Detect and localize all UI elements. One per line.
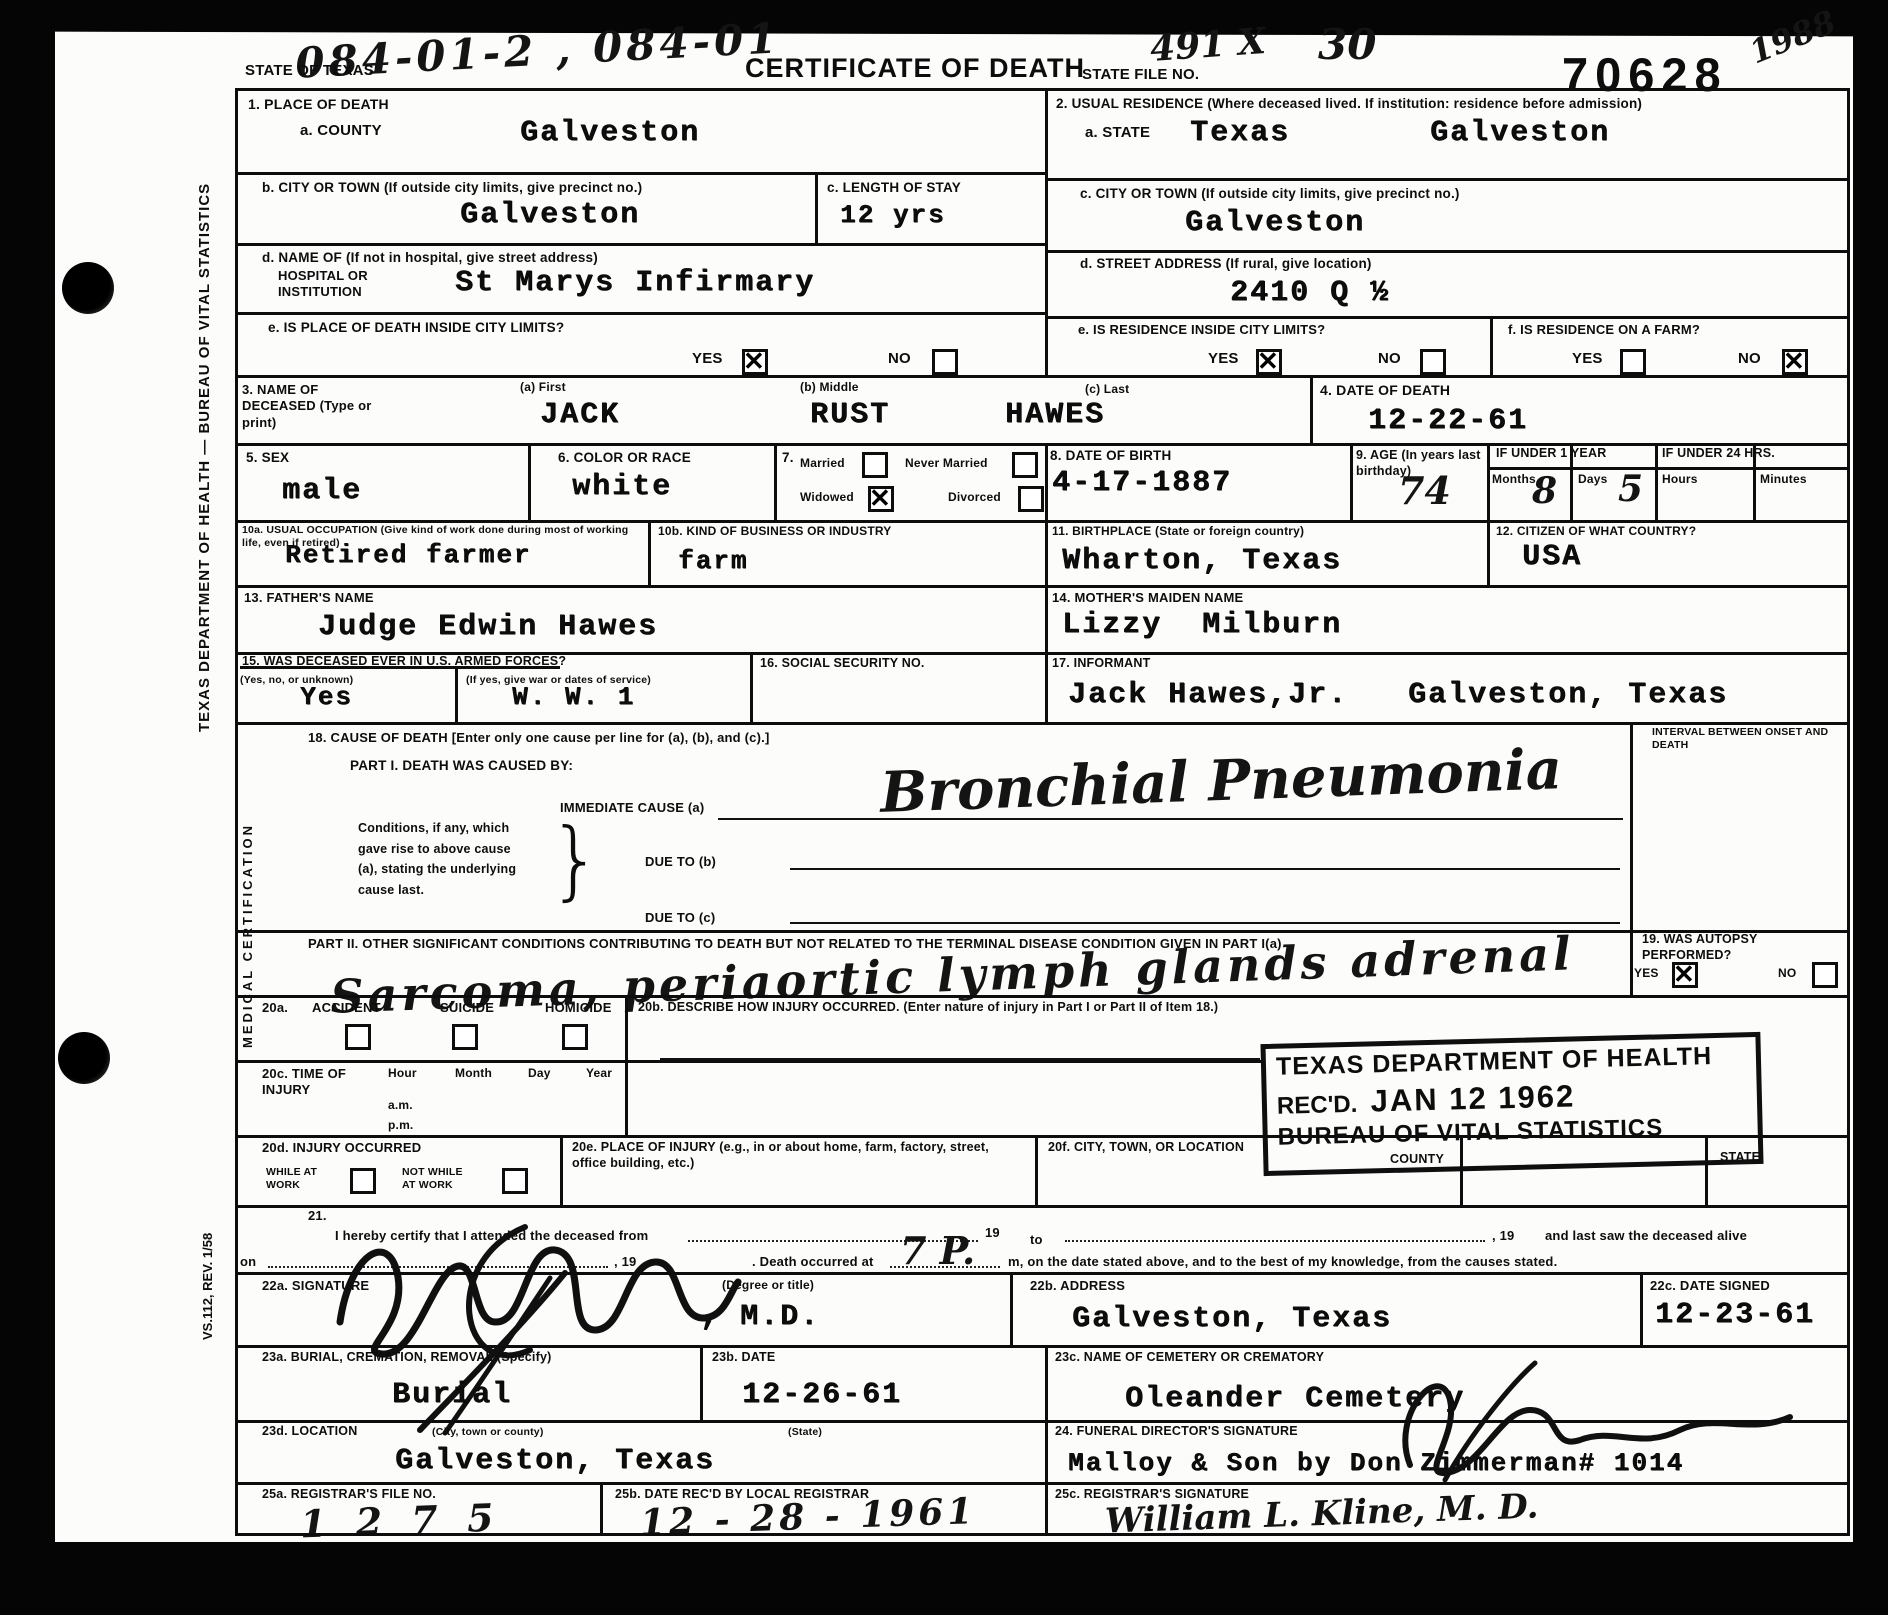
grid-line	[235, 1060, 1265, 1063]
grid-line	[1753, 443, 1756, 520]
while-at-work-label: WHILE AT WORK	[266, 1166, 330, 1192]
age-value: 74	[1398, 468, 1451, 513]
registrar-file-no-value: 1 2 7 5	[299, 1494, 502, 1546]
part1-label: PART I. DEATH WAS CAUSED BY:	[350, 758, 573, 775]
residence-state-label: a. STATE	[1085, 124, 1150, 143]
minutes-label: Minutes	[1760, 472, 1807, 487]
armed-forces-service: W. W. 1	[512, 682, 635, 712]
not-while-at-work-label: NOT WHILE AT WORK	[402, 1166, 472, 1192]
street-address-label: d. STREET ADDRESS (If rural, give locati…	[1080, 256, 1372, 273]
last-name-value: HAWES	[1005, 398, 1105, 432]
hw-file-annotation-2: 30	[1318, 20, 1376, 69]
not-while-at-work-checkbox	[502, 1168, 528, 1194]
informant-label: 17. INFORMANT	[1052, 656, 1150, 672]
never-married-label: Never Married	[905, 456, 988, 471]
days-value: 5	[1618, 468, 1643, 510]
yes-label: YES	[692, 350, 723, 369]
immediate-cause-line	[718, 818, 1623, 820]
grid-line	[235, 443, 1850, 446]
grid-line	[235, 585, 1850, 588]
hospital-label-2: HOSPITAL OR INSTITUTION	[278, 268, 408, 301]
grid-line	[1490, 316, 1493, 375]
city-town-county-sublabel: (City, town or county)	[432, 1426, 544, 1439]
grid-line	[235, 375, 1850, 378]
residence-county-value: Galveston	[1430, 116, 1610, 150]
street-address-value: 2410 Q ½	[1230, 276, 1390, 310]
s20e-label: 20e. PLACE OF INJURY (e.g., in or about …	[572, 1140, 1012, 1171]
grid-line	[528, 443, 531, 520]
farm-yes-checkbox	[1620, 349, 1646, 375]
if-under-1-year-label: IF UNDER 1 YEAR	[1496, 446, 1606, 462]
grid-line	[1035, 1135, 1038, 1205]
days-label: Days	[1578, 472, 1608, 487]
grid-line	[235, 520, 1850, 523]
hour-label: Hour	[388, 1066, 417, 1081]
month-label: Month	[455, 1066, 492, 1081]
grid-line	[235, 1272, 1850, 1275]
place-limits-yes-checkbox	[742, 349, 768, 375]
certify-text-2: 19	[985, 1225, 1000, 1241]
accident-checkbox	[345, 1024, 371, 1050]
residence-limits-no-checkbox	[1420, 349, 1446, 375]
grid-line	[235, 930, 1850, 933]
grid-line	[1705, 1135, 1708, 1205]
county-label: a. COUNTY	[300, 122, 382, 141]
citizen-label: 12. CITIZEN OF WHAT COUNTRY?	[1496, 524, 1696, 539]
state-file-no-label: STATE FILE NO.	[1082, 66, 1199, 85]
address-label: 22b. ADDRESS	[1030, 1278, 1125, 1294]
scan-artifact	[1853, 0, 1888, 1615]
scan-artifact	[0, 1542, 1888, 1615]
date-of-death-label: 4. DATE OF DEATH	[1320, 382, 1450, 400]
grid-line	[235, 243, 1045, 246]
grid-line	[1570, 443, 1573, 520]
burial-location-label: 23d. LOCATION	[262, 1424, 357, 1440]
grid-line	[235, 1482, 1850, 1485]
length-of-stay-label: c. LENGTH OF STAY	[827, 180, 961, 197]
widowed-checkbox	[868, 486, 894, 512]
date-of-birth-value: 4-17-1887	[1052, 466, 1232, 500]
date-signed-label: 22c. DATE SIGNED	[1650, 1278, 1770, 1294]
residence-state-value: Texas	[1190, 116, 1290, 150]
citizen-value: USA	[1522, 540, 1582, 574]
grid-line	[235, 312, 1045, 315]
grid-line	[240, 666, 560, 669]
am-label: a.m.	[388, 1098, 413, 1113]
accident-label: ACCIDENT	[312, 1000, 381, 1016]
state-sublabel: (State)	[788, 1426, 822, 1439]
autopsy-yes-checkbox	[1672, 962, 1698, 988]
grid-line	[1350, 443, 1353, 520]
place-limits-no-checkbox	[932, 349, 958, 375]
year-label: Year	[586, 1066, 612, 1081]
mothers-maiden-name-value: Lizzy Milburn	[1062, 608, 1342, 642]
s20d-label: 20d. INJURY OCCURRED	[262, 1140, 421, 1156]
state-of-texas-label: STATE OF TEXAS	[245, 62, 374, 81]
grid-line	[235, 652, 1850, 655]
grid-line	[235, 88, 238, 1536]
date-signed-value: 12-23-61	[1655, 1298, 1815, 1332]
hospital-value: St Marys Infirmary	[455, 266, 815, 300]
residence-farm-label: f. IS RESIDENCE ON A FARM?	[1508, 322, 1700, 338]
interval-label: INTERVAL BETWEEN ONSET AND DEATH	[1652, 726, 1832, 752]
occupation-value: Retired farmer	[285, 540, 531, 570]
s20f-label: 20f. CITY, TOWN, OR LOCATION	[1048, 1140, 1244, 1156]
grid-line	[1487, 467, 1850, 470]
length-of-stay-value: 12 yrs	[840, 200, 946, 230]
suicide-checkbox	[452, 1024, 478, 1050]
sex-value: male	[282, 474, 362, 508]
suicide-label: SUICIDE	[440, 1000, 494, 1016]
city-label: b. CITY OR TOWN (If outside city limits,…	[262, 180, 642, 197]
grid-line	[1045, 443, 1048, 722]
married-label: Married	[800, 456, 845, 471]
marital-status-label: 7.	[782, 450, 794, 467]
due-to-c-label: DUE TO (c)	[645, 910, 715, 926]
certify-text-3: to	[1030, 1232, 1043, 1248]
grid-line	[235, 88, 1850, 91]
conditions-note: Conditions, if any, which gave rise to a…	[358, 818, 526, 901]
grid-line	[1045, 1345, 1048, 1536]
color-race-label: 6. COLOR OR RACE	[558, 450, 691, 467]
certify-text-5: and last saw the deceased alive	[1545, 1228, 1747, 1244]
left-margin-vertical-text: TEXAS DEPARTMENT OF HEALTH — BUREAU OF V…	[196, 252, 213, 732]
place-of-death-heading: 1. PLACE OF DEATH	[248, 96, 389, 114]
medical-certification-vertical-text: MEDICAL CERTIFICATION	[240, 768, 255, 1048]
burial-type-label: 23a. BURIAL, CREMATION, REMOVAL (Specify…	[262, 1350, 551, 1366]
grid-line	[1310, 375, 1313, 443]
grid-line	[1487, 443, 1490, 585]
no-label: NO	[1778, 966, 1796, 981]
funeral-director-label: 24. FUNERAL DIRECTOR'S SIGNATURE	[1055, 1424, 1298, 1440]
middle-name-value: RUST	[810, 398, 890, 432]
first-name-value: JACK	[540, 398, 620, 432]
birthplace-value: Wharton, Texas	[1062, 544, 1342, 578]
autopsy-no-checkbox	[1812, 962, 1838, 988]
residence-city-label: c. CITY OR TOWN (If outside city limits,…	[1080, 186, 1460, 203]
grid-line	[235, 995, 1850, 998]
grid-line	[700, 1345, 703, 1420]
name-of-deceased-heading: 3. NAME OF DECEASED (Type or print)	[242, 382, 372, 431]
color-race-value: white	[572, 470, 672, 504]
cemetery-label: 23c. NAME OF CEMETERY OR CREMATORY	[1055, 1350, 1324, 1366]
yes-label: YES	[1572, 350, 1603, 369]
hole-punch	[58, 1032, 110, 1084]
burial-type-value: Burial	[392, 1378, 512, 1412]
date-of-death-value: 12-22-61	[1368, 404, 1528, 438]
hw-file-annotation: 491 X	[1149, 20, 1267, 70]
city-value: Galveston	[460, 198, 640, 232]
address-value: Galveston, Texas	[1072, 1302, 1392, 1336]
married-checkbox	[862, 452, 888, 478]
received-stamp: TEXAS DEPARTMENT OF HEALTH REC'D. JAN 12…	[1260, 1032, 1763, 1176]
divorced-checkbox	[1018, 486, 1044, 512]
county-value: Galveston	[520, 116, 700, 150]
divorced-label: Divorced	[948, 490, 1001, 505]
autopsy-label: 19. WAS AUTOPSY PERFORMED?	[1642, 932, 1832, 963]
residence-city-value: Galveston	[1185, 206, 1365, 240]
yes-label: YES	[1208, 350, 1239, 369]
last-name-label: (c) Last	[1085, 382, 1129, 397]
grid-line	[235, 172, 1045, 175]
s20a-label: 20a.	[262, 1000, 288, 1016]
armed-forces-answer: Yes	[300, 682, 353, 712]
grid-line	[1010, 1272, 1013, 1345]
scan-artifact	[0, 0, 55, 1615]
s20c-label: 20c. TIME OF INJURY	[262, 1066, 352, 1099]
grid-line	[750, 652, 753, 722]
grid-line	[1630, 722, 1633, 995]
grid-line	[235, 1533, 1850, 1536]
grid-line	[648, 520, 651, 585]
months-value: 8	[1532, 470, 1557, 512]
homicide-checkbox	[562, 1024, 588, 1050]
grid-line	[235, 1420, 1850, 1423]
grid-line	[625, 995, 628, 1135]
no-label: NO	[888, 350, 911, 369]
due-to-b-label: DUE TO (b)	[645, 854, 716, 870]
no-label: NO	[1738, 350, 1761, 369]
hospital-label-1: d. NAME OF (If not in hospital, give str…	[262, 250, 598, 267]
middle-name-label: (b) Middle	[800, 380, 859, 395]
grid-line	[600, 1482, 603, 1533]
form-number-vertical-text: VS.112, REV. 1/58	[200, 1150, 215, 1340]
pm-label: p.m.	[388, 1118, 413, 1133]
farm-no-checkbox	[1782, 349, 1808, 375]
blank-line	[1065, 1240, 1485, 1242]
grid-line	[1045, 178, 1850, 181]
grid-line	[1045, 88, 1048, 375]
certify-text-9: m, on the date stated above, and to the …	[1008, 1254, 1557, 1270]
s20b-label: 20b. DESCRIBE HOW INJURY OCCURRED. (Ente…	[638, 1000, 1218, 1016]
grid-line	[1640, 1272, 1643, 1345]
grid-line	[235, 722, 1850, 725]
cause-of-death-heading: 18. CAUSE OF DEATH [Enter only one cause…	[308, 730, 769, 746]
day-label: Day	[528, 1066, 551, 1081]
stamp-date: JAN 12 1962	[1370, 1078, 1575, 1118]
sex-label: 5. SEX	[246, 450, 289, 467]
blank-line	[890, 1266, 1000, 1268]
grid-line	[1045, 316, 1850, 319]
ssn-label: 16. SOCIAL SECURITY NO.	[760, 656, 925, 672]
grid-line	[815, 172, 818, 243]
certify-text-4: , 19	[1492, 1228, 1514, 1244]
business-label: 10b. KIND OF BUSINESS OR INDUSTRY	[658, 524, 892, 539]
due-to-b-line	[790, 868, 1620, 870]
grid-line	[1655, 443, 1658, 520]
hours-label: Hours	[1662, 472, 1698, 487]
never-married-checkbox	[1012, 452, 1038, 478]
first-name-label: (a) First	[520, 380, 566, 395]
fathers-name-value: Judge Edwin Hawes	[318, 610, 658, 644]
residence-city-limits-label: e. IS RESIDENCE INSIDE CITY LIMITS?	[1078, 322, 1325, 338]
months-label: Months	[1492, 472, 1536, 487]
grid-line	[1847, 88, 1850, 1536]
informant-value: Jack Hawes,Jr. Galveston, Texas	[1068, 678, 1728, 712]
residence-limits-yes-checkbox	[1256, 349, 1282, 375]
while-at-work-checkbox	[350, 1168, 376, 1194]
date-of-birth-label: 8. DATE OF BIRTH	[1050, 448, 1171, 465]
if-under-24-hrs-label: IF UNDER 24 HRS.	[1662, 446, 1775, 462]
page-title: CERTIFICATE OF DEATH	[745, 52, 1085, 86]
birthplace-label: 11. BIRTHPLACE (State or foreign country…	[1052, 524, 1304, 539]
burial-date-label: 23b. DATE	[712, 1350, 775, 1366]
grid-line	[455, 666, 458, 722]
homicide-label: HOMICIDE	[545, 1000, 612, 1016]
death-certificate-scan: 084-01-2 , 084-01 STATE OF TEXAS CERTIFI…	[0, 0, 1888, 1615]
certify-text-8: . Death occurred at	[752, 1254, 874, 1270]
place-city-limits-label: e. IS PLACE OF DEATH INSIDE CITY LIMITS?	[268, 320, 564, 337]
grid-line	[774, 443, 777, 520]
grid-line	[235, 1205, 1850, 1208]
hole-punch	[62, 262, 114, 314]
burial-date-value: 12-26-61	[742, 1378, 902, 1412]
brace-glyph: }	[548, 810, 603, 910]
grid-line	[1045, 250, 1850, 253]
burial-location-value: Galveston, Texas	[395, 1444, 715, 1478]
yes-label: YES	[1634, 966, 1659, 981]
fathers-name-label: 13. FATHER'S NAME	[244, 590, 374, 606]
widowed-label: Widowed	[800, 490, 854, 505]
mothers-maiden-name-label: 14. MOTHER'S MAIDEN NAME	[1052, 590, 1243, 606]
grid-line	[1460, 1135, 1463, 1205]
certify-text-6: on	[240, 1254, 256, 1270]
grid-line	[235, 1135, 1850, 1138]
due-to-c-line	[790, 922, 1620, 924]
no-label: NO	[1378, 350, 1401, 369]
grid-line	[235, 1345, 1850, 1348]
usual-residence-heading: 2. USUAL RESIDENCE (Where deceased lived…	[1056, 96, 1642, 113]
grid-line	[560, 1135, 563, 1205]
business-value: farm	[678, 546, 748, 576]
